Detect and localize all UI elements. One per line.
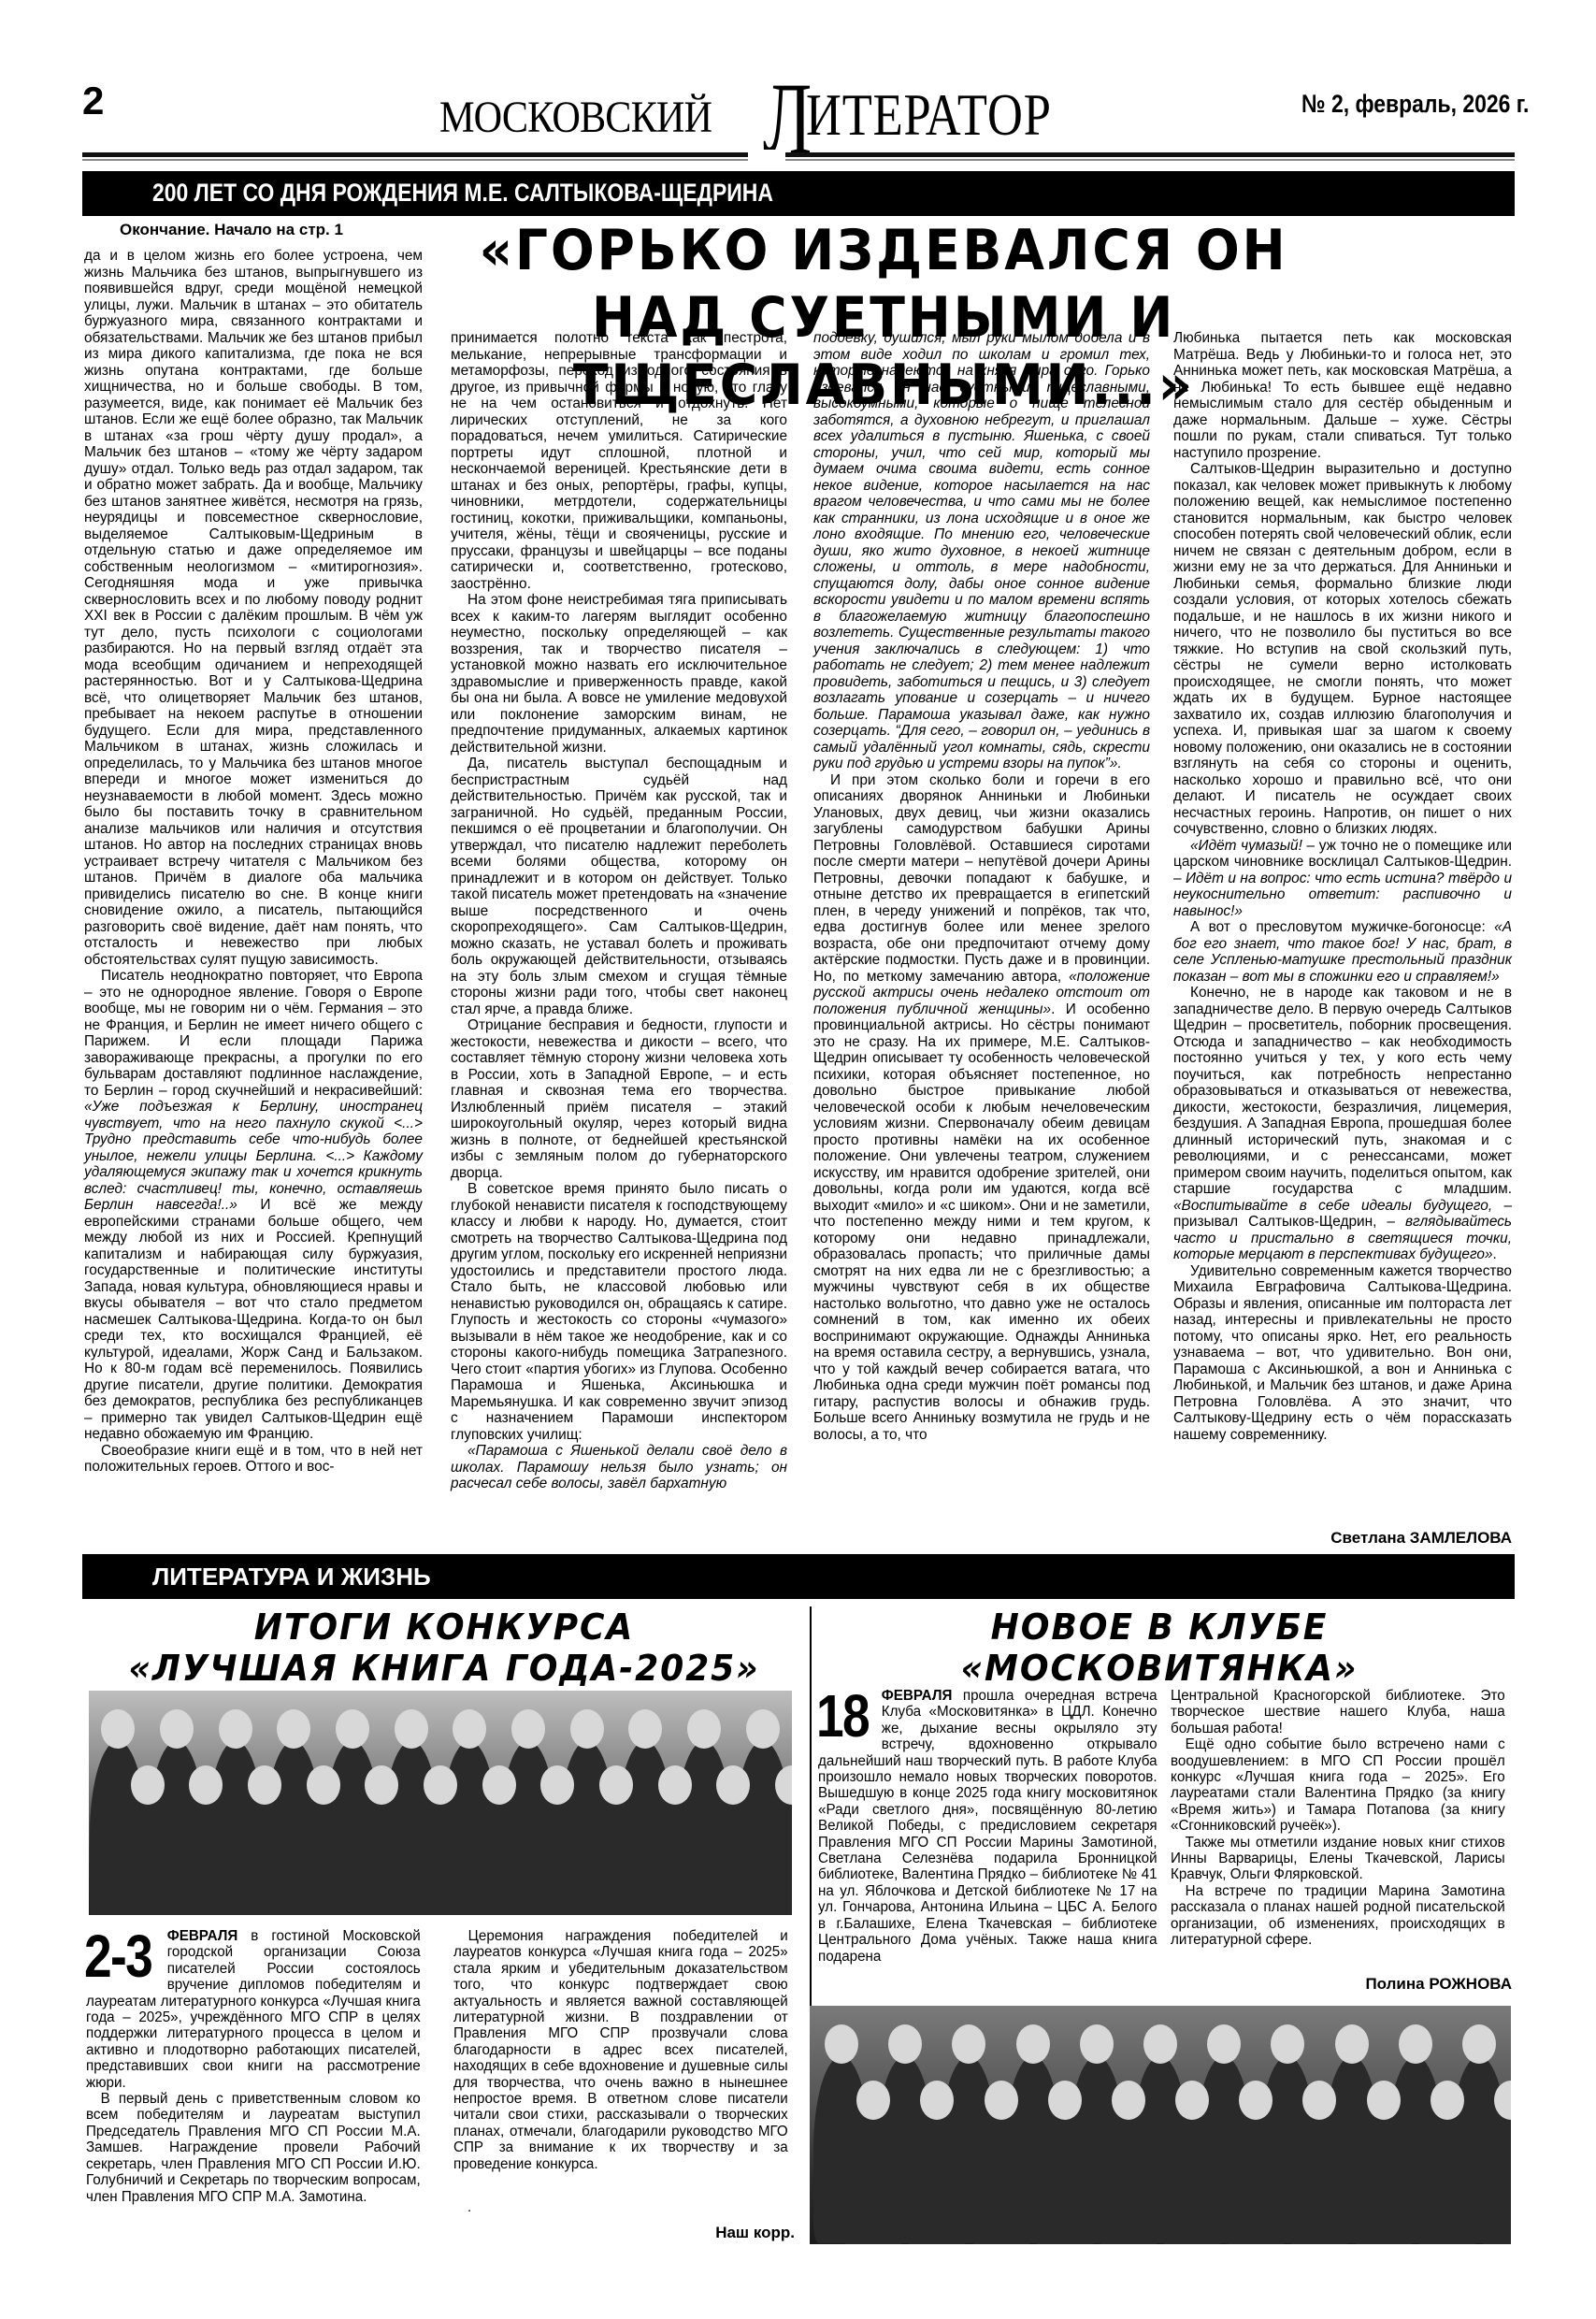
contest-headline: ИТОГИ КОНКУРСА «ЛУЧШАЯ КНИГА ГОДА-2025» [107,1606,782,1689]
paragraph: прошла очередная встреча Клуба «Московит… [818,1688,1157,1965]
photo-face [395,1709,428,1749]
photo-face [1239,2081,1272,2120]
photo-face [1143,2024,1177,2064]
paragraph: Удивительно современным кажется творчест… [1173,1263,1512,1444]
photo-face [1175,2081,1209,2120]
photo-face [856,2081,890,2120]
contest-text-col-1: 2-3 ФЕВРАЛЯ в гостиной Московской городс… [86,1928,421,2205]
photo-face [101,1709,135,1749]
photo-face [1271,2024,1304,2064]
paragraph: Салтыков-Щедрин выразительно и доступно … [1173,461,1512,838]
paragraph: На встрече по традиции Марина Замотина р… [1171,1883,1505,1949]
paragraph: А вот о пресловутом мужичке-богоносце: «… [1173,919,1512,985]
paragraph: поддёвку, душился, мыл руки мылом добела… [813,330,1150,772]
paragraph: Церемония награждения победителей и лаур… [453,1928,788,2172]
section-bar-saltykov: 200 ЛЕТ СО ДНЯ РОЖДЕНИЯ М.Е. САЛТЫКОВА-Щ… [82,171,1515,216]
club-headline-line-1: НОВОЕ В КЛУБЕ [822,1606,1497,1648]
contest-text-col-2: Церемония награждения победителей и лаур… [453,1928,788,2172]
contest-author: Наш корр. [453,2224,795,2242]
contest-headline-line-2: «ЛУЧШАЯ КНИГА ГОДА-2025» [107,1648,782,1689]
contest-headline-line-1: ИТОГИ КОНКУРСА [107,1606,782,1648]
photo-face [628,1709,662,1749]
photo-face [658,1765,692,1805]
article-column-1: да и в целом жизнь его более устроена, ч… [84,248,423,1476]
photo-face [307,1765,340,1805]
club-headline: НОВОЕ В КЛУБЕ «МОСКОВИТЯНКА» [822,1606,1497,1689]
photo-face [1207,2024,1241,2064]
paragraph: Своеобразие книги ещё и в том, что в ней… [84,1443,423,1476]
page-number: 2 [82,79,104,123]
author-signature: Светлана ЗАМЛЕЛОВА [1173,1529,1512,1548]
issue-info: № 2, февраль, 2026 г. [1301,90,1529,119]
section-bar-label: ЛИТЕРАТУРА И ЖИЗНЬ [152,1563,431,1592]
photo-face [1462,2024,1496,2064]
paragraph: Отрицание бесправия и бедности, глупости… [451,1017,787,1181]
paragraph: Писатель неоднократно повторяет, что Евр… [84,968,423,1443]
paragraph: «Идёт чумазый! – уж точно не о помещике … [1173,838,1512,920]
photo-face [482,1765,516,1805]
photo-face [952,2024,985,2064]
club-members-photo [810,2006,1511,2244]
photo-face [1399,2024,1432,2064]
lead-word: ФЕВРАЛЯ [882,1688,953,1704]
club-author: Полина РОЖНОВА [1171,1975,1512,1994]
article-column-3: поддёвку, душился, мыл руки мылом добела… [813,330,1150,1443]
photo-face [248,1765,281,1805]
photo-face [888,2024,922,2064]
photo-face [453,1709,486,1749]
paragraph: Любинька пытается петь как московская Ма… [1173,330,1512,461]
paragraph: И при этом сколько боли и горечи в его о… [813,772,1150,1444]
photo-face [1112,2081,1145,2120]
masthead-rest: ИТЕРАТОР [806,80,1052,150]
masthead-rule-gap [748,150,785,163]
masthead-rule [82,152,1515,157]
photo-face [1335,2024,1369,2064]
paragraph: В первый день с приветственным словом ко… [86,2091,421,2205]
masthead-prefix: МОСКОВСКИЙ [439,92,712,143]
photo-face [985,2081,1018,2120]
paragraph: Ещё одно событие было встречено нами с в… [1171,1736,1505,1834]
photo-face [160,1709,194,1749]
club-headline-line-2: «МОСКОВИТЯНКА» [822,1648,1497,1689]
photo-face [570,1709,604,1749]
photo-face [131,1765,165,1805]
club-text-col-1: 18 ФЕВРАЛЯ прошла очередная встреча Клуб… [818,1688,1157,1965]
photo-face [599,1765,633,1805]
photo-face [687,1709,721,1749]
paragraph: Конечно, не в народе как таковом и не в … [1173,985,1512,1263]
paragraph: На этом фоне неистребимая тяга приписыва… [451,592,787,756]
article-column-2: принимается полотно текста как пестрота,… [451,330,787,1492]
photo-face [746,1709,780,1749]
headline-line-1: «ГОРЬКО ИЗДЕВАЛСЯ ОН [303,217,1464,284]
photo-face [424,1765,457,1805]
paragraph: «Парамоша с Яшенькой делали своё дело в … [451,1443,787,1492]
paragraph: В советское время принято было писать о … [451,1181,787,1443]
paragraph: Да, писатель выступал беспощадным и бесп… [451,756,787,1017]
paragraph: да и в целом жизнь его более устроена, ч… [84,248,423,968]
photo-face [277,1709,310,1749]
club-text-col-2: Центральной Красногорской библиотеке. Эт… [1171,1688,1505,1949]
lead-word: ФЕВРАЛЯ [167,1928,238,1944]
drop-cap: 18 [816,1690,869,1742]
photo-face [1080,2024,1114,2064]
masthead-rule-thin [82,159,1515,161]
award-ceremony-photo [89,1691,792,1915]
section-bar-literature-life: ЛИТЕРАТУРА И ЖИЗНЬ [82,1554,1515,1599]
photo-face [219,1709,252,1749]
stray-dot: . [467,2199,471,2215]
photo-face [1367,2081,1401,2120]
photo-face [1016,2024,1050,2064]
paragraph: Центральной Красногорской библиотеке. Эт… [1171,1688,1505,1736]
section-bar-label: 200 ЛЕТ СО ДНЯ РОЖДЕНИЯ М.Е. САЛТЫКОВА-Щ… [152,179,773,208]
photo-face [336,1709,369,1749]
paragraph: принимается полотно текста как пестрота,… [451,330,787,592]
photo-face [511,1709,545,1749]
photo-face [825,2024,858,2064]
article-column-4: Любинька пытается петь как московская Ма… [1173,330,1512,1443]
photo-face [1431,2081,1464,2120]
paragraph: Также мы отметили издание новых книг сти… [1171,1835,1505,1883]
photo-face [1048,2081,1082,2120]
drop-cap: 2-3 [84,1930,151,1982]
